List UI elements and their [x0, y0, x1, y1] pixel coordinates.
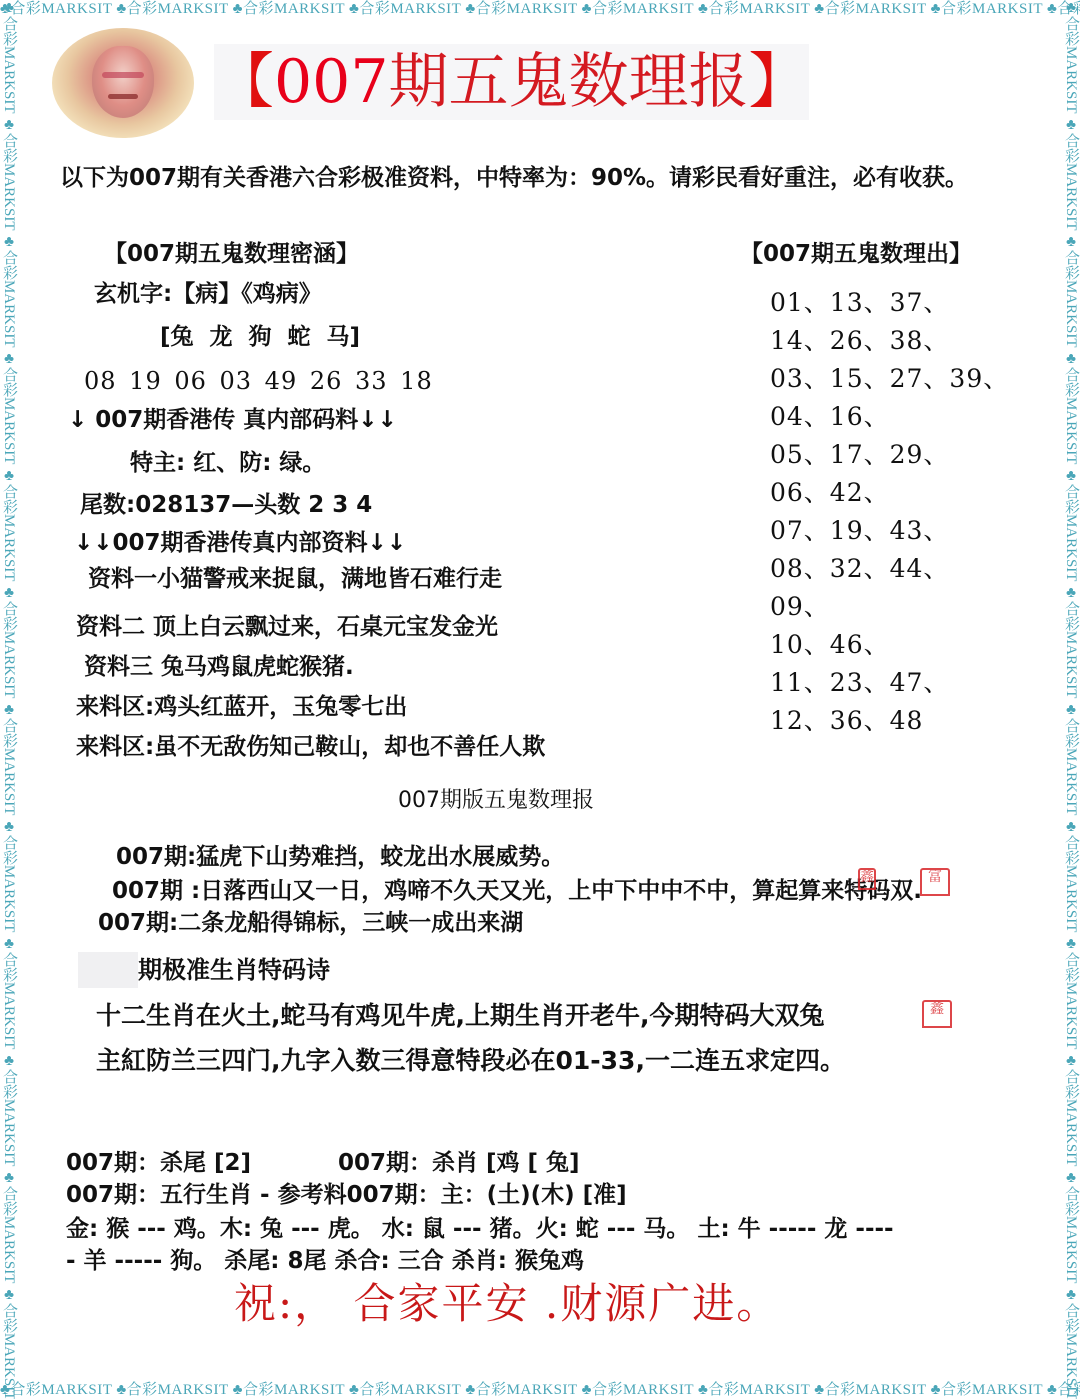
title-bracket-open: 【 [214, 47, 274, 117]
red-seal-stamp: 鑫 [858, 868, 876, 890]
poem-line-2: 主紅防兰三四门,九字入数三得意特段必在01-33,一二连五求定四。 [96, 1041, 845, 1081]
poem-line-1: 十二生肖在火土,蛇马有鸡见牛虎,上期生肖开老牛,今期特码大双兔 [96, 996, 825, 1036]
fax-code-heading: ↓ 007期香港传 真内部码料↓↓ [68, 403, 397, 437]
number-list-line: 08 19 06 03 49 26 33 18 [84, 364, 433, 398]
number-group-row: 14、26、38、 [770, 322, 1009, 360]
intro-text: 以下为007期有关香港六合彩极准资料，中特率为：90%。请彩民看好重注，必有收获… [60, 160, 1040, 196]
left-section-heading: 【007期五鬼数理密涵】 [104, 239, 359, 269]
source-area-line-2: 来料区:虽不无敌伤知己鞍山，却也不善任人欺 [76, 730, 545, 764]
number-group-row: 06、42、 [770, 474, 1009, 512]
blessing-text: 祝:， 合家平安 .财源广进。 [234, 1278, 780, 1330]
red-seal-stamp: 富 [920, 868, 950, 896]
number-group-row: 03、15、27、39、 [770, 360, 1009, 398]
fax-data-heading: ↓↓007期香港传真内部资料↓↓ [74, 526, 406, 560]
watermark-border-top: ♣合彩MARKSIT ♣合彩MARKSIT ♣合彩MARKSIT ♣合彩MARK… [0, 0, 1080, 18]
elements-mapping-line-1: 金: 猴 --- 鸡。木: 兔 --- 虎。 水: 鼠 --- 猪。火: 蛇 -… [66, 1212, 894, 1246]
number-group-row: 10、46、 [770, 626, 1009, 664]
edition-subtitle: 007期版五鬼数理报 [398, 786, 594, 816]
five-elements-line: 007期：五行生肖 - 参考料007期：主：(土)(木) [准] [66, 1178, 627, 1212]
title-text: 期五鬼数理报 [389, 47, 749, 117]
data-three-line: 资料三 兔马鸡鼠虎蛇猴猪. [84, 650, 354, 684]
number-group-row: 08、32、44、 [770, 550, 1009, 588]
watermark-border-left: ♣合彩MARKSIT ♣合彩MARKSIT ♣合彩MARKSIT ♣合彩MARK… [0, 0, 18, 1399]
data-one-line: 资料一小猫警戒来捉鼠，满地皆石难行走 [88, 562, 502, 596]
title-bracket-close: 】 [749, 47, 809, 117]
title-issue-number: 007 [274, 47, 389, 117]
elements-mapping-line-2: - 羊 ----- 狗。 杀尾: 8尾 杀合: 三合 杀肖: 猴兔鸡 [66, 1244, 584, 1278]
portrait-image [52, 28, 194, 138]
number-group-row: 01、13、37、 [770, 284, 1009, 322]
poem-heading-text: 期极准生肖特码诗 [138, 956, 330, 984]
page-title: 【007期五鬼数理报】 [214, 44, 809, 120]
mystery-word-line: 玄机字:【病】《鸡病》 [94, 277, 322, 311]
portrait-mouth [108, 94, 138, 99]
edition-line-3: 007期:二条龙船得锦标，三峡一成出来湖 [98, 906, 523, 940]
edition-line-1: 007期:猛虎下山势难挡，蛟龙出水展威势。 [116, 840, 564, 874]
right-section-heading: 【007期五鬼数理出】 [740, 239, 972, 269]
portrait-eyes [102, 72, 144, 78]
edition-line-2: 007期 :日落西山又一日，鸡啼不久天又光，上中下中中不中，算起算来特码双. [112, 874, 922, 908]
source-area-line-1: 来料区:鸡头红蓝开，玉兔零七出 [76, 690, 407, 724]
watermark-border-right: ♣合彩MARKSIT ♣合彩MARKSIT ♣合彩MARKSIT ♣合彩MARK… [1062, 0, 1080, 1399]
number-group-row: 09、 [770, 588, 1009, 626]
number-group-row: 04、16、 [770, 398, 1009, 436]
number-groups-list: 01、13、37、 14、26、38、 03、15、27、39、 04、16、 … [770, 284, 1009, 740]
kill-zodiac-line: 007期：杀肖 [鸡 [ 兔] [338, 1146, 580, 1180]
number-group-row: 05、17、29、 [770, 436, 1009, 474]
tail-head-numbers-line: 尾数:028137—头数 2 3 4 [80, 488, 372, 522]
special-color-line: 特主: 红、防: 绿。 [130, 446, 325, 480]
kill-tail-line: 007期：杀尾 [2] [66, 1146, 251, 1180]
number-group-row: 12、36、48 [770, 702, 1009, 740]
poem-heading: 期极准生肖特码诗 [78, 952, 388, 988]
heading-shade-block [78, 952, 138, 988]
zodiac-list-line: [兔 龙 狗 蛇 马] [160, 320, 360, 354]
number-group-row: 11、23、47、 [770, 664, 1009, 702]
red-seal-stamp: 鑫 [922, 1000, 952, 1028]
portrait-face [92, 46, 154, 118]
data-two-line: 资料二 顶上白云飘过来，石桌元宝发金光 [76, 610, 498, 644]
number-group-row: 07、19、43、 [770, 512, 1009, 550]
watermark-border-bottom: ♣合彩MARKSIT ♣合彩MARKSIT ♣合彩MARKSIT ♣合彩MARK… [0, 1381, 1080, 1399]
